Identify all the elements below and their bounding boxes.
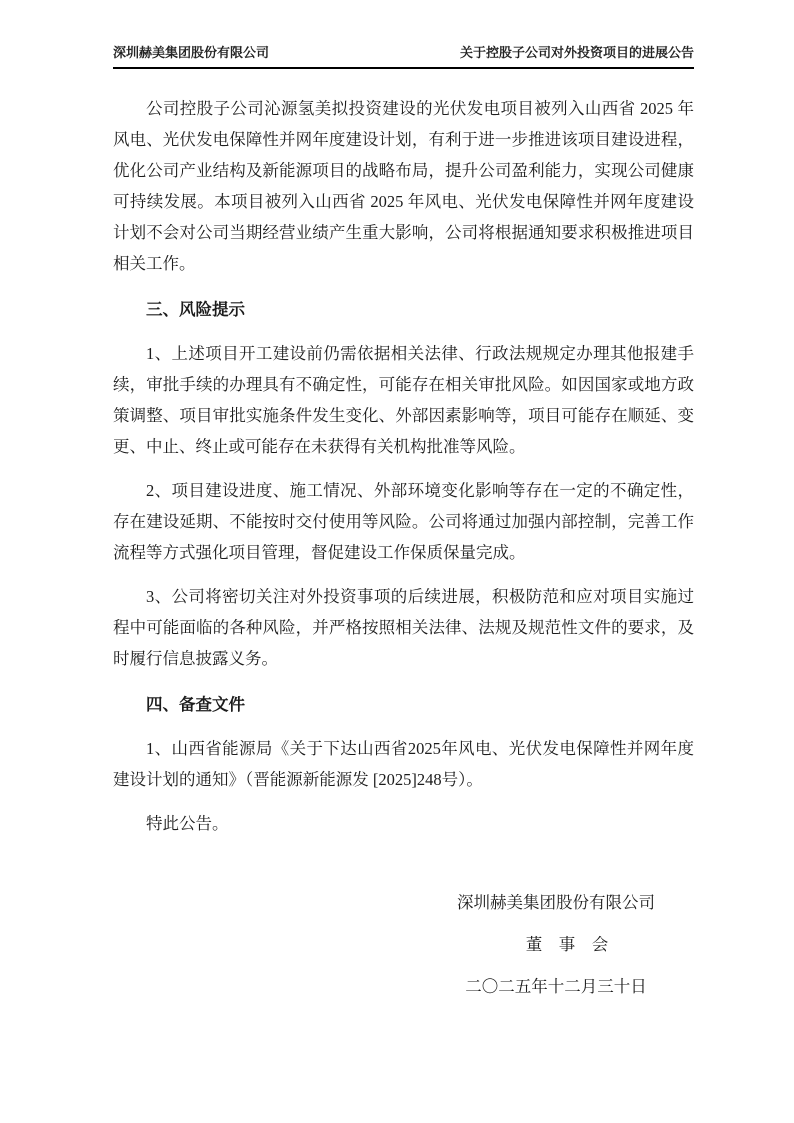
document-item-1: 1、山西省能源局《关于下达山西省2025年风电、光伏发电保障性并网年度建设计划的… <box>113 733 694 795</box>
announcement-page: 深圳赫美集团股份有限公司 关于控股子公司对外投资项目的进展公告 公司控股子公司沁… <box>0 0 794 1123</box>
signature-block: 深圳赫美集团股份有限公司 董 事 会 二〇二五年十二月三十日 <box>448 882 664 1008</box>
closing-statement: 特此公告。 <box>113 808 694 839</box>
signature-date: 二〇二五年十二月三十日 <box>448 966 664 1008</box>
header-divider <box>113 67 694 69</box>
header-company-name: 深圳赫美集团股份有限公司 <box>113 44 269 62</box>
document-body: 公司控股子公司沁源氢美拟投资建设的光伏发电项目被列入山西省 2025 年风电、光… <box>113 93 694 839</box>
document-header: 深圳赫美集团股份有限公司 关于控股子公司对外投资项目的进展公告 <box>113 44 694 62</box>
intro-paragraph: 公司控股子公司沁源氢美拟投资建设的光伏发电项目被列入山西省 2025 年风电、光… <box>113 93 694 279</box>
header-announcement-title: 关于控股子公司对外投资项目的进展公告 <box>460 44 694 62</box>
risk-item-3: 3、公司将密切关注对外投资事项的后续进展，积极防范和应对项目实施过程中可能面临的… <box>113 581 694 674</box>
risk-item-2: 2、项目建设进度、施工情况、外部环境变化影响等存在一定的不确定性，存在建设延期、… <box>113 475 694 568</box>
signature-board: 董 事 会 <box>448 924 664 966</box>
risk-item-1: 1、上述项目开工建设前仍需依据相关法律、行政法规规定办理其他报建手续，审批手续的… <box>113 338 694 462</box>
section-heading-documents: 四、备查文件 <box>113 689 694 720</box>
section-heading-risk: 三、风险提示 <box>113 294 694 325</box>
signature-company: 深圳赫美集团股份有限公司 <box>448 882 664 924</box>
